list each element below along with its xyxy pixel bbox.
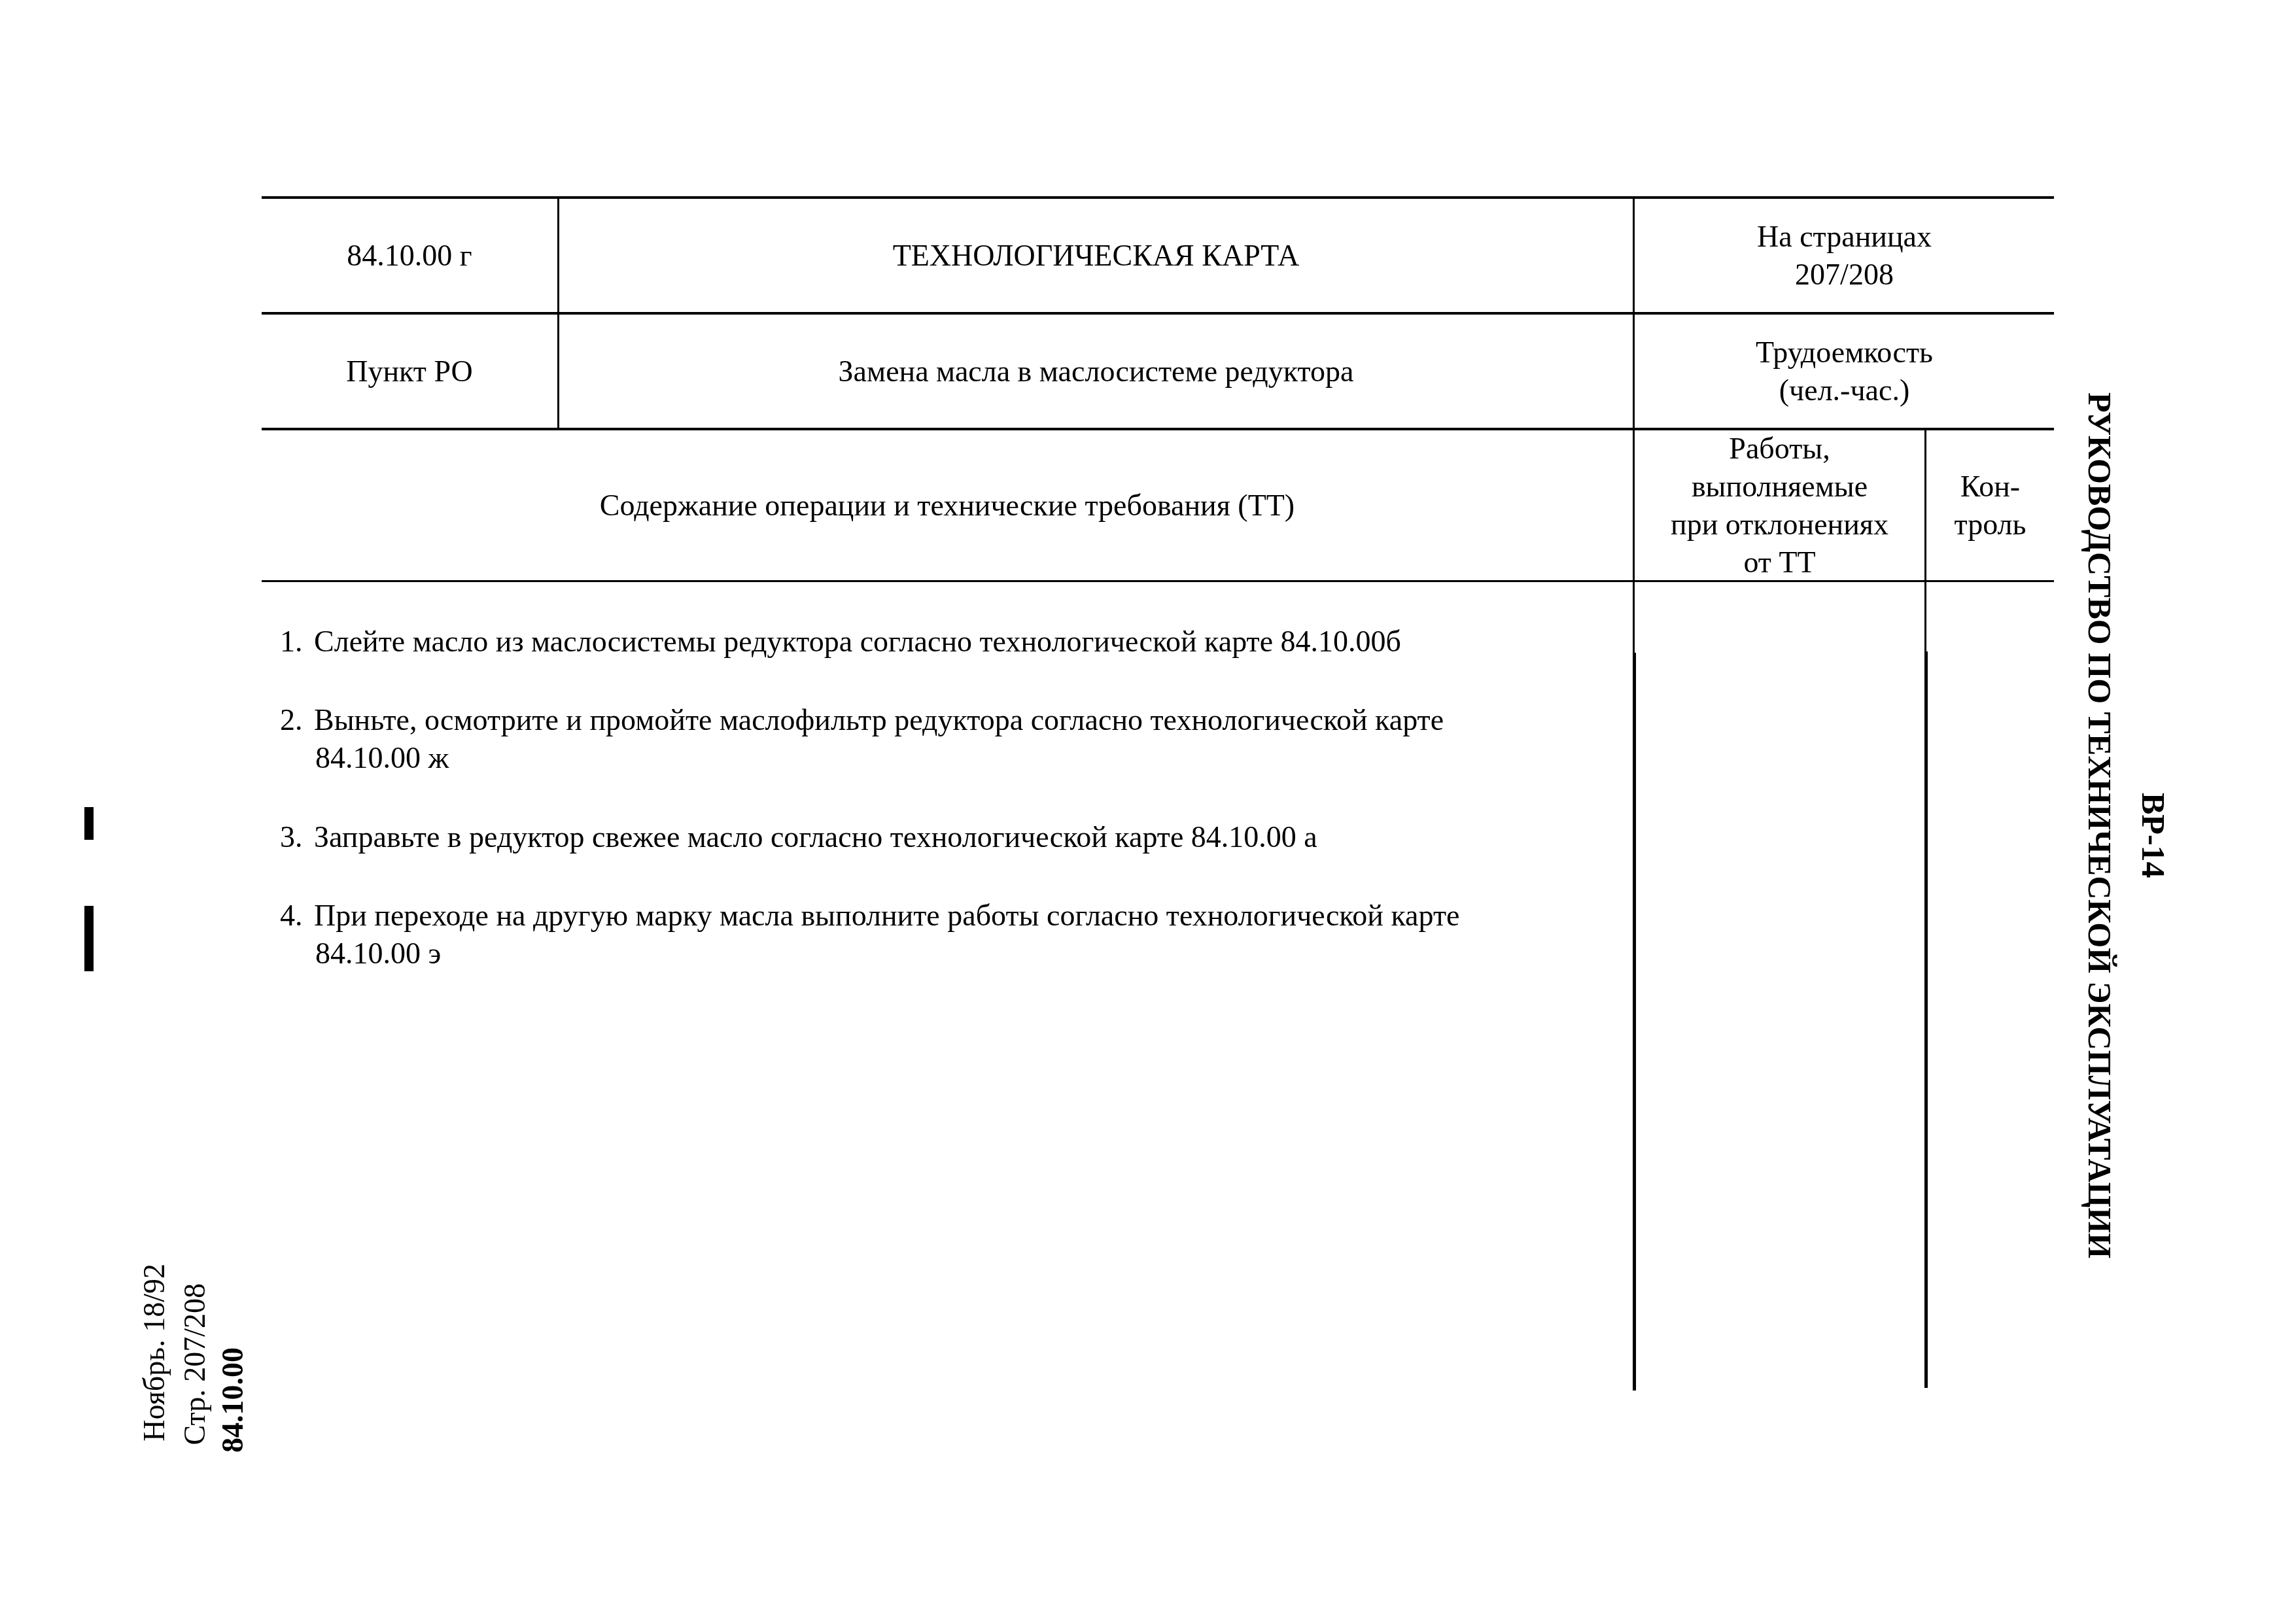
card-title: ТЕХНОЛОГИЧЕСКАЯ КАРТА [559,199,1633,312]
col-divider-control-lower [1924,651,1928,1388]
operation-title: Замена масла в маслосистеме редуктора [559,315,1633,428]
step-3: 3.Заправьте в редуктор свежее масло согл… [280,818,1627,856]
item-label: Пункт РО [262,315,557,428]
deviations-column-header: Работы, выполняемые при отклонениях от Т… [1635,430,1924,580]
footer-section: 84.10.00 [213,1347,252,1453]
footer-date: Ноябрь. 18/92 [135,1264,174,1442]
card-code: 84.10.00 г [262,199,557,312]
pages-cell: На страницах 207/208 [1635,199,2054,312]
change-bar-2 [84,906,94,971]
step-2: 2.Выньте, осмотрите и промойте маслофиль… [280,701,1627,777]
manual-title: РУКОВОДСТВО ПО ТЕХНИЧЕСКОЙ ЭКСПЛУАТАЦИИ [2080,392,2119,1258]
model-label: ВР-14 [2134,793,2173,878]
col-divider-right-lower [1633,653,1636,1391]
step-1: 1.Слейте масло из маслосистемы редуктора… [280,623,1627,661]
labor-cell: Трудоемкость (чел.-час.) [1635,315,2054,428]
footer-page: Стр. 207/208 [175,1283,215,1445]
control-column-header: Кон- троль [1926,430,2054,580]
content-column-header: Содержание операции и технические требов… [262,430,1633,580]
pages-value: 207/208 [1795,256,1894,294]
change-bar-1 [84,807,94,840]
labor-unit: (чел.-час.) [1779,371,1909,409]
labor-label: Трудоемкость [1756,334,1933,371]
pages-label: На страницах [1757,218,1932,256]
step-4: 4.При переходе на другую марку масла вып… [280,897,1627,973]
